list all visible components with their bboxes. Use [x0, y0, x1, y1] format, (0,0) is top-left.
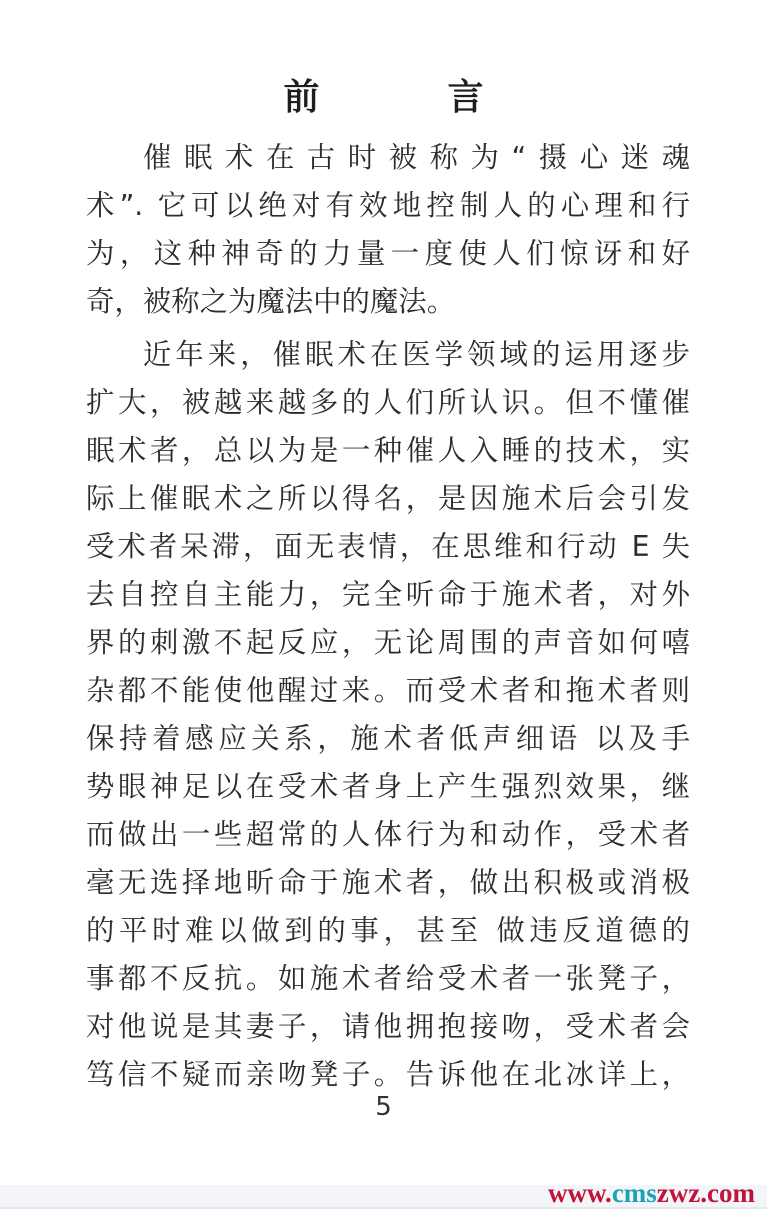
text-line: 事都不反抗。如施术者给受术者一张凳子，	[86, 955, 690, 1003]
watermark-prefix: www.	[548, 1178, 612, 1208]
title-char-1: 前	[283, 76, 319, 120]
text-line: 去自控自主能力，完全听命于施术者，对外	[86, 571, 690, 619]
text-line: 际上催眠术之所以得名，是因施术后会引发	[86, 475, 690, 523]
text-line: 势眼神足以在受术者身上产生强烈效果，继	[86, 763, 690, 811]
text-line: 对他说是其妻子，请他拥抱接吻，受术者会	[86, 1003, 690, 1051]
text-line: 而做出一些超常的人体行为和动作，受术者	[86, 811, 690, 859]
text-line: 术”. 它可以绝对有效地控制人的心理和行	[86, 182, 690, 230]
text-line: 保持着感应关系，施术者低声细语 以及手	[86, 715, 690, 763]
site-watermark: www.cmszwz.com	[548, 1180, 755, 1206]
text-line: 界的刺激不起反应，无论周围的声音如何嘻	[86, 619, 690, 667]
paragraph-2: 近年来，催眠术在医学领域的运用逐步 扩大，被越来越多的人们所认识。但不懂催 眠术…	[86, 331, 690, 1099]
text-line: 毫无选择地昕命于施术者，做出积极或消极	[86, 859, 690, 907]
text-line: 杂都不能使他醒过来。而受术者和拖术者则	[86, 667, 690, 715]
page-title: 前言	[0, 76, 767, 120]
watermark-suffix: zwz.com	[657, 1178, 755, 1208]
watermark-middle: cms	[612, 1178, 657, 1208]
text-line: 奇，被称之为魔法中的魔法。	[86, 278, 690, 326]
paragraph-1: 催眠术在古时被称为“摄心迷魂 术”. 它可以绝对有效地控制人的心理和行 为，这种…	[86, 134, 690, 326]
text-line: 的平时难以做到的事，甚至 做违反道德的	[86, 907, 690, 955]
text-line: 扩大，被越来越多的人们所认识。但不懂催	[86, 379, 690, 427]
body-text: 催眠术在古时被称为“摄心迷魂 术”. 它可以绝对有效地控制人的心理和行 为，这种…	[86, 134, 690, 1099]
text-line: 受术者呆滞，面无表情，在思维和行动 E 失	[86, 523, 690, 571]
document-page: 前言 催眠术在古时被称为“摄心迷魂 术”. 它可以绝对有效地控制人的心理和行 为…	[0, 0, 767, 1185]
text-line: 为，这种神奇的力量一度使人们惊讶和好	[86, 230, 690, 278]
title-char-2: 言	[448, 76, 484, 120]
text-line: 近年来，催眠术在医学领域的运用逐步	[86, 331, 690, 379]
text-line: 眠术者，总以为是一种催人入睡的技术，实	[86, 427, 690, 475]
page-number: 5	[0, 1092, 767, 1122]
text-line: 催眠术在古时被称为“摄心迷魂	[86, 134, 690, 182]
